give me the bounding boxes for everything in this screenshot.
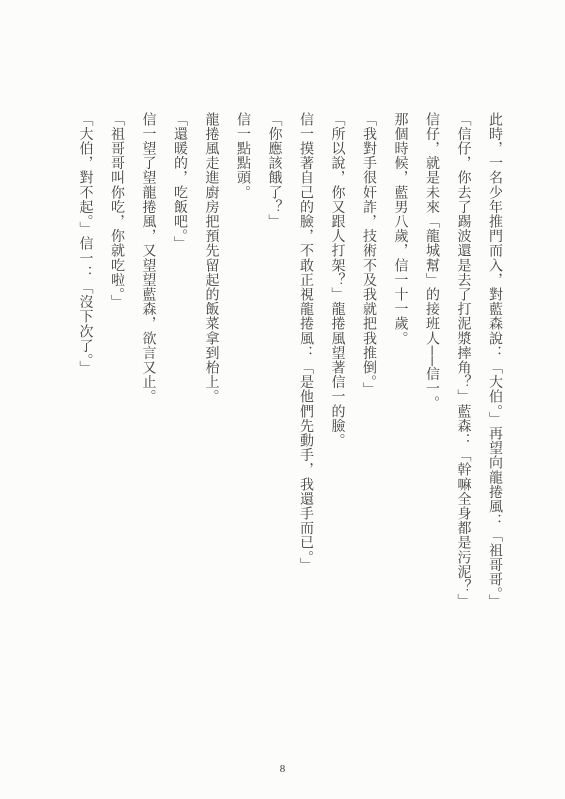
paragraph: 那個時候，藍男八歲，信一十一歲。 [384,112,416,628]
page-number: 8 [0,763,565,775]
paragraph: 「還暖的，吃飯吧。」 [164,112,196,628]
paragraph: 信一摸著自己的臉，不敢正視龍捲風：「是他們先動手，我還手而已。」 [290,112,322,628]
paragraph: 「你應該餓了？」 [258,112,290,628]
paragraph: 「我對手很奸詐，技術不及我就把我推倒。」 [353,112,385,628]
paragraph: 「所以說，你又跟人打架？」龍捲風望著信一的臉。 [321,112,353,628]
paragraph: 「大伯，對不起。」信一：「沒下次了。」 [69,112,101,628]
paragraph: 此時，一名少年推門而入，對藍森說：「大伯。」再望向龍捲風：「祖哥哥。」 [479,112,511,628]
book-page: 此時，一名少年推門而入，對藍森說：「大伯。」再望向龍捲風：「祖哥哥。」「信仔，你… [0,0,565,799]
paragraph: 龍捲風走進廚房把預先留起的飯菜拿到枱上。 [195,112,227,628]
paragraph: 「信仔，你去了踢波還是去了打泥漿摔角？」藍森：「幹嘛全身都是污泥？」 [447,112,479,628]
paragraph: 信仔，就是未來「龍城幫」的接班人──信一。 [416,112,448,628]
paragraph: 「祖哥哥叫你吃，你就吃啦。」 [101,112,133,628]
text-block: 此時，一名少年推門而入，對藍森說：「大伯。」再望向龍捲風：「祖哥哥。」「信仔，你… [68,112,510,628]
paragraph: 信一望了望龍捲風，又望望藍森，欲言又止。 [132,112,164,628]
paragraph: 信一點點頭。 [227,112,259,628]
